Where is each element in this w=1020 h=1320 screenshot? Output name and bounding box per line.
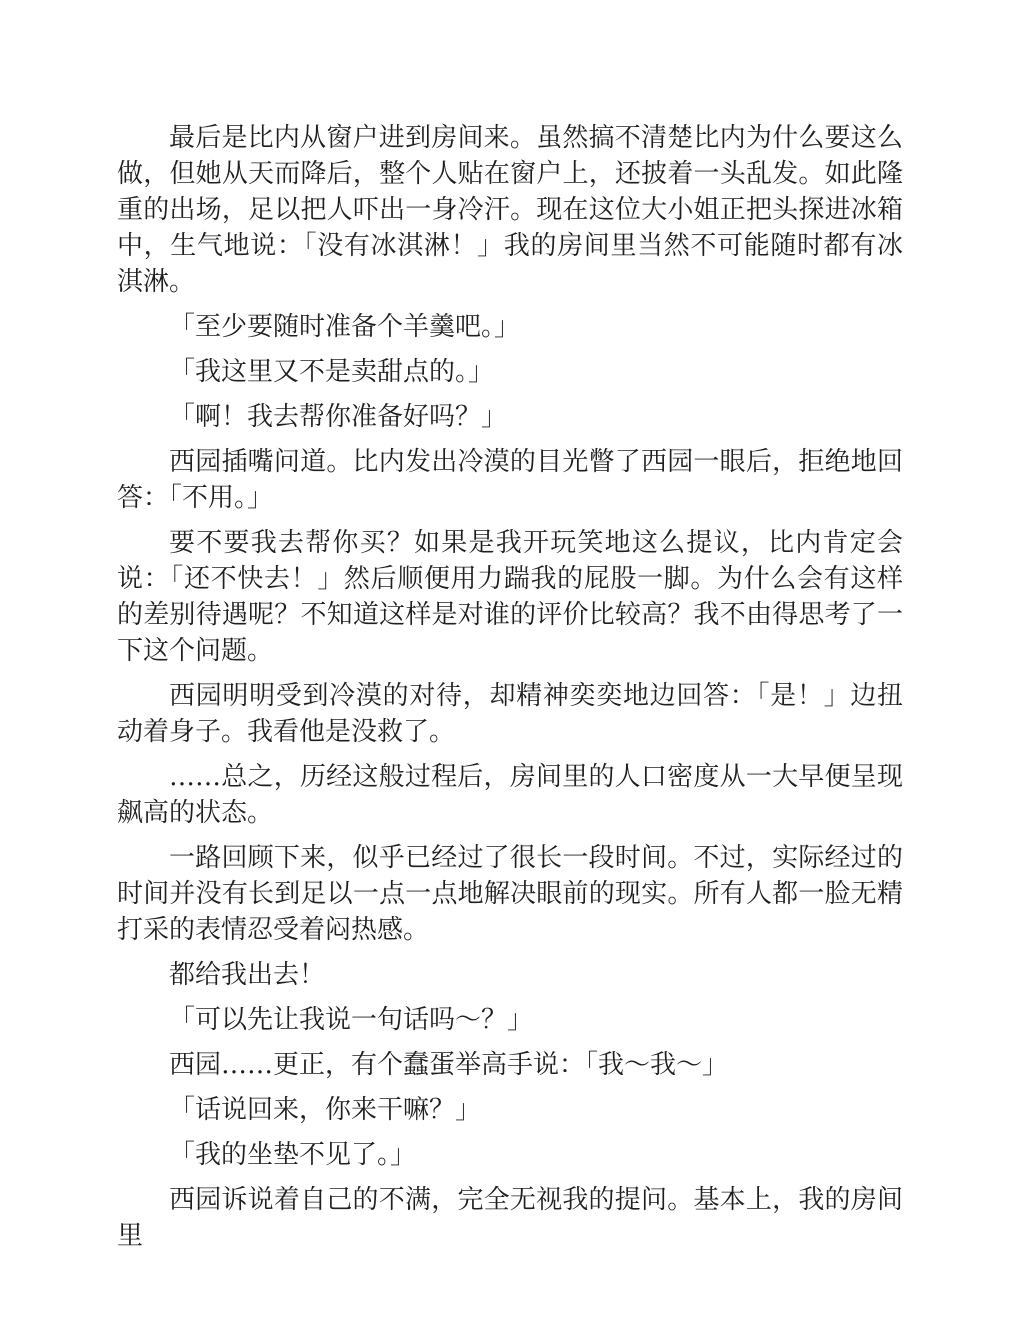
document-page: 最后是比内从窗户进到房间来。虽然搞不清楚比内为什么要这么做，但她从天而降后，整个… xyxy=(0,0,1020,1320)
paragraph: 都给我出去！ xyxy=(117,957,903,993)
text-block: 最后是比内从窗户进到房间来。虽然搞不清楚比内为什么要这么做，但她从天而降后，整个… xyxy=(117,120,903,1263)
paragraph: ……总之，历经这般过程后，房间里的人口密度从一大早便呈现飙高的状态。 xyxy=(117,759,903,831)
paragraph: 西园明明受到冷漠的对待，却精神奕奕地边回答：「是！」边扭动着身子。我看他是没救了… xyxy=(117,678,903,750)
paragraph: 「可以先让我说一句话吗～？」 xyxy=(117,1002,903,1038)
paragraph: 要不要我去帮你买？如果是我开玩笑地这么提议，比内肯定会说：「还不快去！」然后顺便… xyxy=(117,525,903,669)
paragraph: 西园诉说着自己的不满，完全无视我的提问。基本上，我的房间里 xyxy=(117,1182,903,1254)
paragraph: 一路回顾下来，似乎已经过了很长一段时间。不过，实际经过的时间并没有长到足以一点一… xyxy=(117,840,903,948)
paragraph: 西园插嘴问道。比内发出冷漠的目光瞥了西园一眼后，拒绝地回答：「不用。」 xyxy=(117,444,903,516)
paragraph: 「我的坐垫不见了。」 xyxy=(117,1137,903,1173)
paragraph: 「我这里又不是卖甜点的。」 xyxy=(117,354,903,390)
paragraph: 「啊！我去帮你准备好吗？」 xyxy=(117,399,903,435)
paragraph: 西园……更正，有个蠢蛋举高手说：「我～我～」 xyxy=(117,1047,903,1083)
paragraph: 「至少要随时准备个羊羹吧。」 xyxy=(117,309,903,345)
paragraph: 「话说回来，你来干嘛？」 xyxy=(117,1092,903,1128)
paragraph: 最后是比内从窗户进到房间来。虽然搞不清楚比内为什么要这么做，但她从天而降后，整个… xyxy=(117,120,903,300)
